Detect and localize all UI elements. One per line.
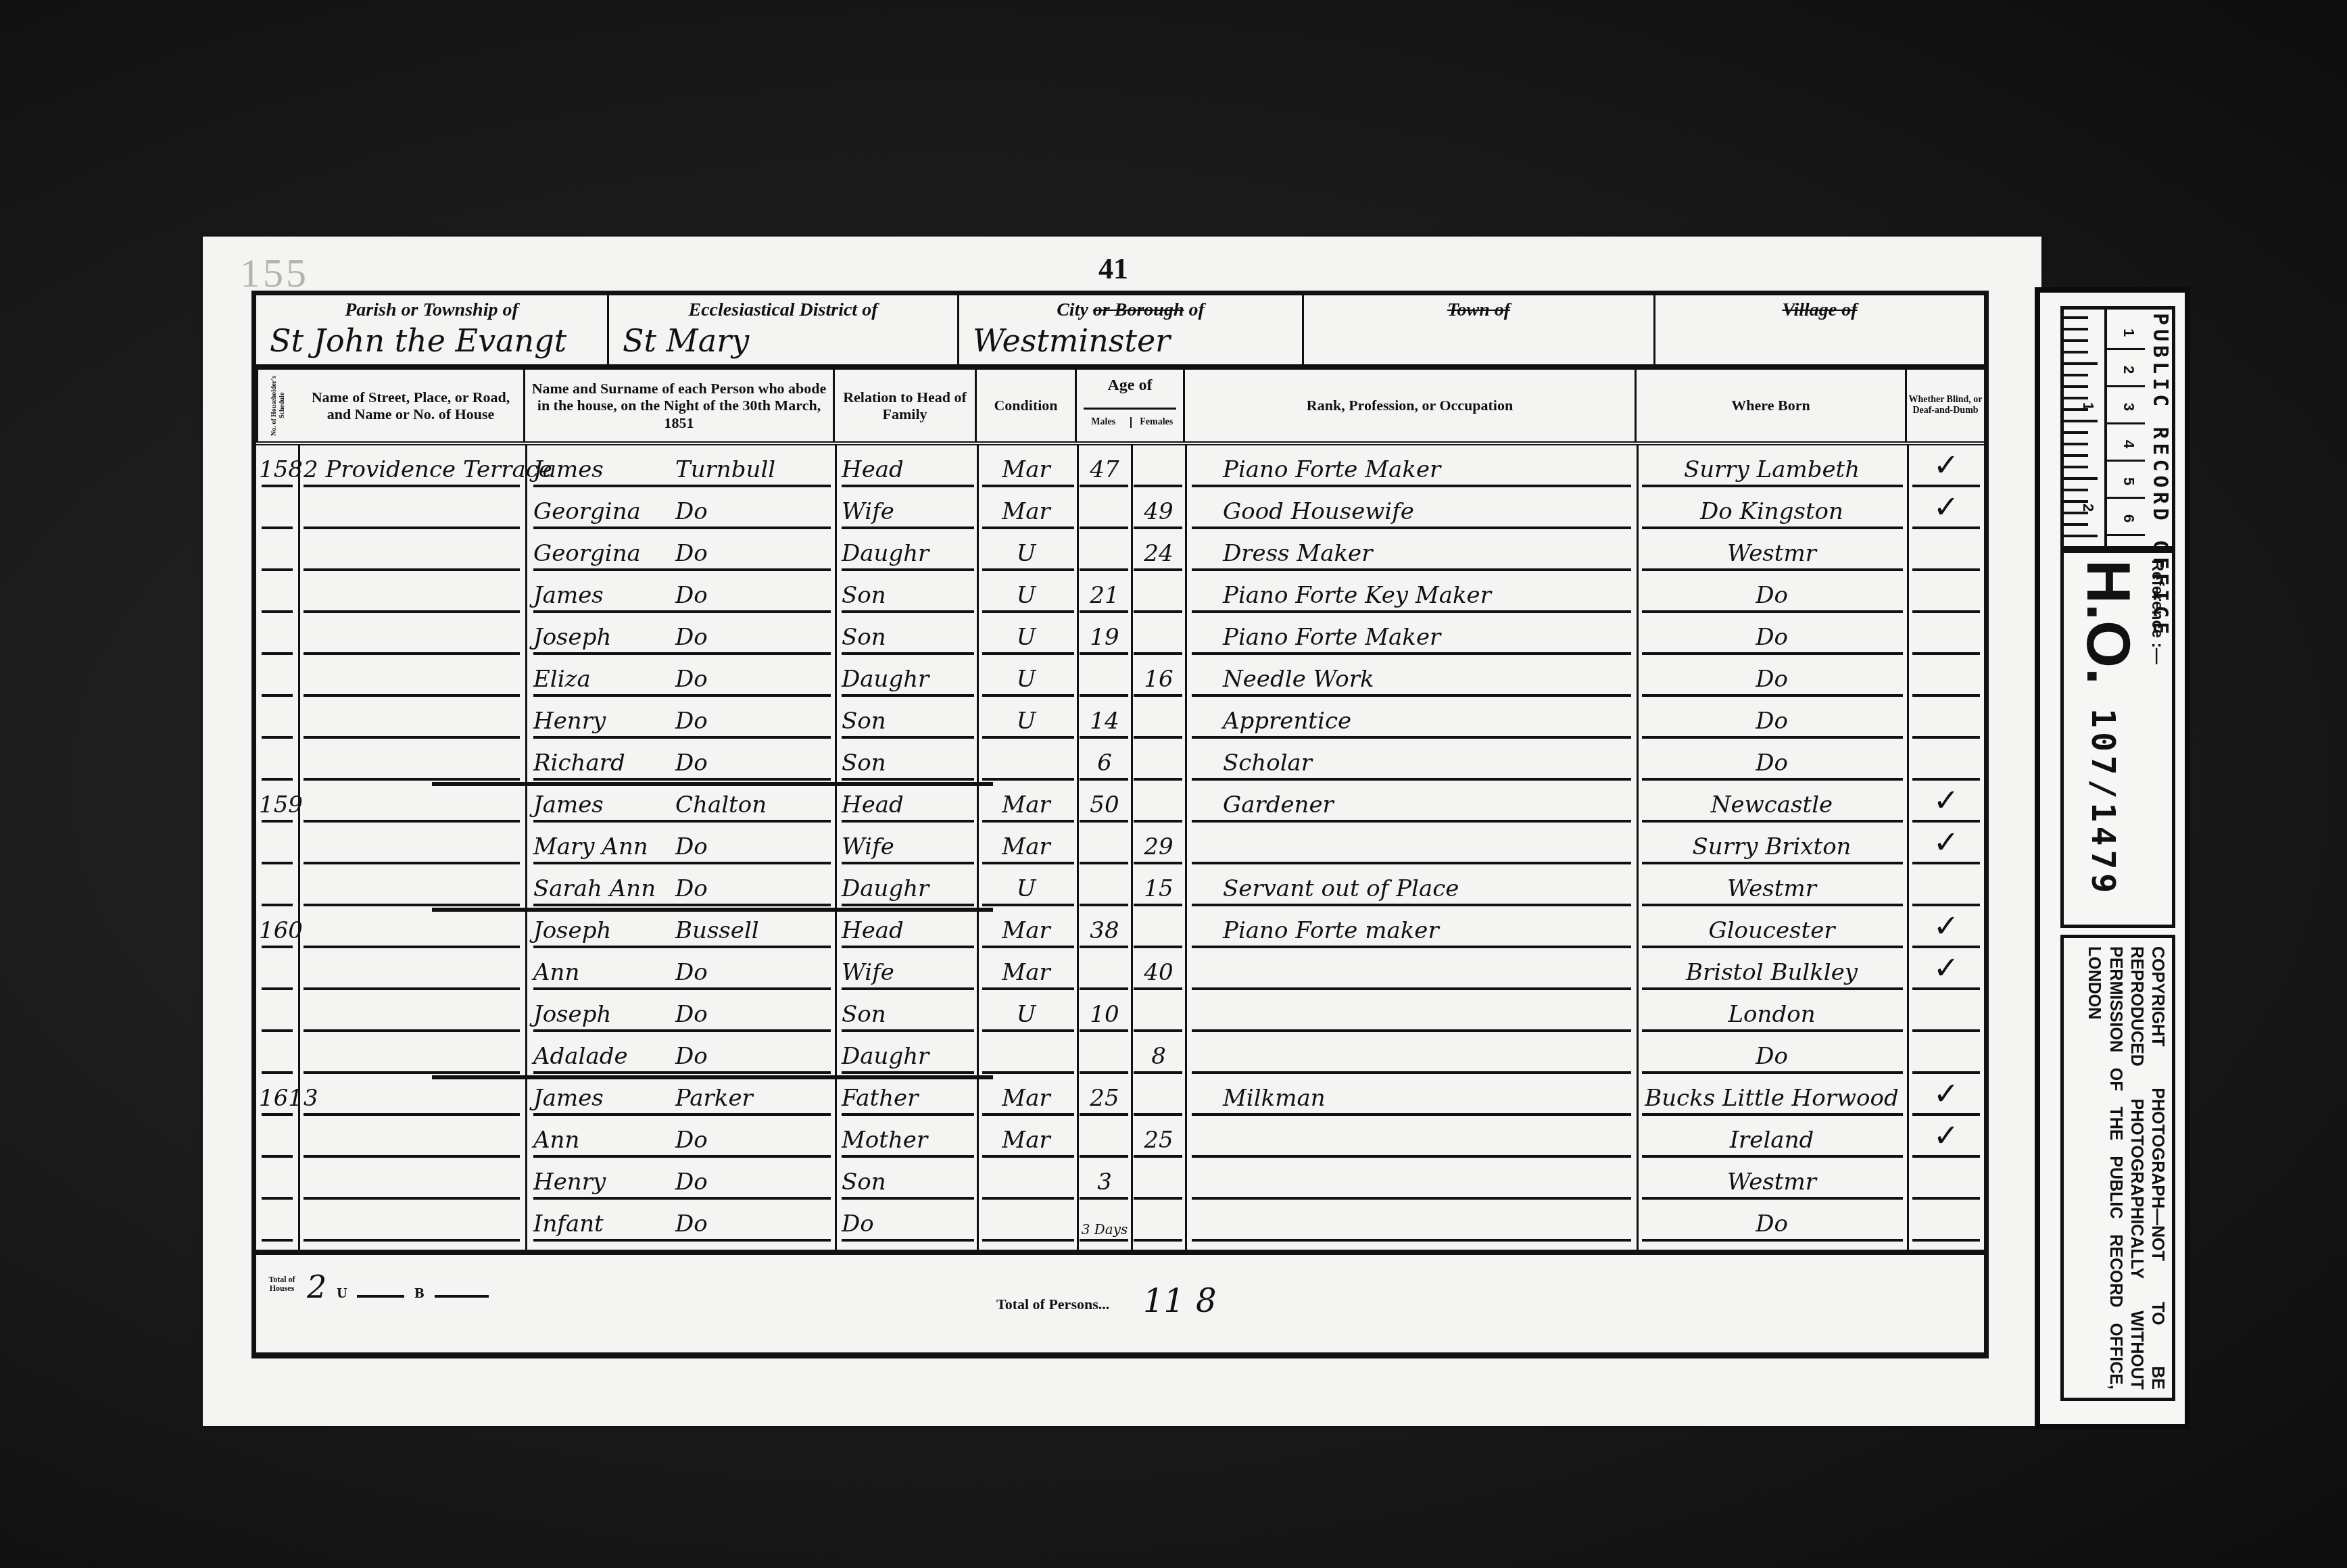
cell-age-f: 24: [1134, 540, 1184, 567]
table-row: ElizaDoDaughrU16Needle WorkDo: [256, 659, 1984, 700]
cell-relation: Son: [842, 750, 970, 777]
archive-label: 12 123456 PUBLIC RECORD OFFICE Reference…: [2035, 287, 2190, 1429]
cell-condition: Mar: [982, 833, 1070, 860]
cell-street: 3: [304, 1085, 520, 1112]
cell-surname: Do: [675, 875, 831, 902]
cell-born: Do Kingston: [1642, 498, 1902, 525]
table-row: GeorginaDoWifeMar49Good HousewifeDo King…: [256, 491, 1984, 532]
cell-born: Do: [1642, 1043, 1902, 1070]
town-cell: Town of: [1304, 295, 1655, 364]
cell-check: ✓: [1912, 1117, 1980, 1154]
cell-relation: Do: [842, 1210, 970, 1238]
city-value: Westminster: [973, 322, 1170, 359]
cell-forename: Georgina: [533, 498, 669, 525]
census-entries: 1582 Providence TerraceJamesTurnbullHead…: [256, 445, 1984, 1250]
table-row: RichardDoSon6ScholarDo: [256, 743, 1984, 783]
cell-condition: U: [982, 540, 1070, 567]
cell-relation: Daughr: [842, 666, 970, 693]
cell-condition: U: [982, 666, 1070, 693]
cell-born: Bristol Bulkley: [1642, 959, 1902, 986]
table-row: JamesDoSonU21Piano Forte Key MakerDo: [256, 575, 1984, 616]
cell-forename: Mary Ann: [533, 833, 669, 860]
cell-age-f: 16: [1134, 666, 1184, 693]
cell-born: Do: [1642, 666, 1902, 693]
village-cell: Village of: [1655, 295, 1984, 364]
cell-born: Westmr: [1642, 875, 1902, 902]
cell-age-m: 6: [1080, 750, 1130, 777]
houses-uninhabited-label: U: [337, 1287, 347, 1301]
totals-row: Total of Houses 2 U B Total of Persons..…: [256, 1250, 1984, 1351]
houses-building-label: B: [414, 1287, 425, 1301]
cell-age-m: 25: [1080, 1085, 1130, 1112]
houses-inhabited: 2: [307, 1269, 326, 1305]
cell-schedule: 158: [259, 456, 297, 483]
age-of-label: Age of: [1077, 376, 1183, 395]
cell-relation: Wife: [842, 498, 970, 525]
cell-relation: Daughr: [842, 875, 970, 902]
cell-check: ✓: [1912, 1075, 1980, 1112]
col-occupation: Rank, Profession, or Occupation: [1185, 370, 1637, 441]
cell-born: Gloucester: [1642, 917, 1902, 944]
ruler-cm-mark: 6: [2120, 514, 2137, 522]
cell-age-m: 10: [1080, 1001, 1130, 1028]
cell-age-m: 21: [1080, 582, 1130, 609]
cell-born: Westmr: [1642, 1169, 1902, 1196]
cell-surname: Do: [675, 666, 831, 693]
folio-number: 41: [1098, 251, 1128, 286]
table-row: Sarah AnnDoDaughrU15Servant out of Place…: [256, 868, 1984, 909]
cell-relation: Mother: [842, 1127, 970, 1154]
table-row: HenryDoSonU14ApprenticeDo: [256, 701, 1984, 741]
cell-occupation: Needle Work: [1196, 666, 1655, 693]
cell-surname: Do: [675, 582, 831, 609]
cell-age-m: 38: [1080, 917, 1130, 944]
cell-check: ✓: [1912, 824, 1980, 860]
cell-occupation: Scholar: [1196, 750, 1655, 777]
of-word: of: [1188, 299, 1204, 320]
cell-occupation: Dress Maker: [1196, 540, 1655, 567]
borough-struck: or Borough: [1093, 299, 1184, 320]
city-label: City or Borough of: [959, 299, 1302, 321]
cell-forename: James: [533, 1085, 669, 1112]
village-struck: Village of: [1782, 299, 1857, 320]
cell-surname: Do: [675, 1210, 831, 1238]
cell-relation: Father: [842, 1085, 970, 1112]
cell-check: ✓: [1912, 489, 1980, 525]
ruler-cm-mark: 3: [2120, 403, 2137, 411]
table-row: AdaladeDoDaughr8Do: [256, 1036, 1984, 1077]
cell-forename: Joseph: [533, 917, 669, 944]
cell-relation: Son: [842, 624, 970, 651]
total-persons-label: Total of Persons...: [996, 1296, 1109, 1313]
cell-forename: James: [533, 791, 669, 818]
ecclesiastical-value: St Mary: [623, 322, 749, 359]
cell-occupation: Piano Forte maker: [1196, 917, 1655, 944]
cell-born: Do: [1642, 708, 1902, 735]
table-row: 159JamesChaltonHeadMar50GardenerNewcastl…: [256, 785, 1984, 825]
ruler-cm-mark: 4: [2120, 440, 2137, 448]
cell-relation: Daughr: [842, 1043, 970, 1070]
city-word: City: [1057, 299, 1088, 320]
cell-occupation: Milkman: [1196, 1085, 1655, 1112]
cell-relation: Son: [842, 582, 970, 609]
col-where-born: Where Born: [1637, 370, 1907, 441]
ruler-cm-mark: 5: [2120, 477, 2137, 485]
cell-age-m: 14: [1080, 708, 1130, 735]
cell-born: Surry Brixton: [1642, 833, 1902, 860]
cell-age-f: 15: [1134, 875, 1184, 902]
cell-relation: Daughr: [842, 540, 970, 567]
cell-forename: James: [533, 456, 669, 483]
cell-born: Bucks Little Horwood: [1642, 1085, 1902, 1112]
parish-value: St John the Evangt: [270, 322, 566, 359]
reference-label: Reference :—: [2148, 560, 2167, 664]
cell-schedule: 160: [259, 917, 297, 944]
total-houses: 2 U B: [307, 1269, 489, 1305]
cell-forename: Henry: [533, 1169, 669, 1196]
table-row: Mary AnnDoWifeMar29Surry Brixton✓: [256, 827, 1984, 867]
cell-relation: Son: [842, 1169, 970, 1196]
cell-check: ✓: [1912, 908, 1980, 944]
cell-forename: Joseph: [533, 624, 669, 651]
col-condition: Condition: [977, 370, 1077, 441]
cell-age-m: 3 Days: [1080, 1221, 1130, 1238]
table-row: AnnDoMotherMar25Ireland✓: [256, 1120, 1984, 1160]
cell-forename: Ann: [533, 1127, 669, 1154]
cell-condition: Mar: [982, 456, 1070, 483]
cell-born: Westmr: [1642, 540, 1902, 567]
table-row: GeorginaDoDaughrU24Dress MakerWestmr: [256, 533, 1984, 574]
table-row: 1613JamesParkerFatherMar25MilkmanBucks L…: [256, 1078, 1984, 1119]
cell-surname: Chalton: [675, 791, 831, 818]
cell-surname: Do: [675, 498, 831, 525]
cell-age-m: 19: [1080, 624, 1130, 651]
cell-age-f: 8: [1134, 1043, 1184, 1070]
reference-box: Reference :— H.O. 107/1479: [2060, 549, 2175, 928]
cell-occupation: Piano Forte Maker: [1196, 624, 1655, 651]
cell-street: 2 Providence Terrace: [304, 456, 520, 483]
cell-condition: U: [982, 1001, 1070, 1028]
cell-check: ✓: [1912, 782, 1980, 818]
cell-relation: Head: [842, 456, 970, 483]
cell-relation: Son: [842, 1001, 970, 1028]
column-headers: No. of Householder's Schedule Name of St…: [256, 370, 1984, 445]
cell-condition: U: [982, 875, 1070, 902]
cell-check: ✓: [1912, 447, 1980, 483]
cell-condition: Mar: [982, 1085, 1070, 1112]
cell-condition: Mar: [982, 791, 1070, 818]
cell-age-m: 47: [1080, 456, 1130, 483]
total-houses-label: Total of Houses: [268, 1275, 295, 1293]
col-name: Name and Surname of each Person who abod…: [525, 370, 835, 441]
table-row: AnnDoWifeMar40Bristol Bulkley✓: [256, 952, 1984, 993]
ecclesiastical-cell: Ecclesiastical District of St Mary: [609, 295, 959, 364]
cell-condition: Mar: [982, 917, 1070, 944]
col-age: Age of Males Females: [1077, 370, 1185, 441]
cell-condition: Mar: [982, 959, 1070, 986]
cell-surname: Bussell: [675, 917, 831, 944]
col-street: Name of Street, Place, or Road, and Name…: [298, 370, 525, 441]
cell-forename: Eliza: [533, 666, 669, 693]
total-females: 8: [1196, 1282, 1217, 1320]
parish-cell: Parish or Township of St John the Evangt: [256, 295, 609, 364]
cell-occupation: Good Housewife: [1196, 498, 1655, 525]
cell-age-f: 29: [1134, 833, 1184, 860]
cell-age-f: 49: [1134, 498, 1184, 525]
ruler-cm-mark: 2: [2120, 366, 2137, 374]
ruler-cm-mark: 1: [2120, 328, 2137, 337]
cell-born: Do: [1642, 582, 1902, 609]
form-header: Parish or Township of St John the Evangt…: [256, 295, 1984, 370]
faint-stamp: 155: [240, 250, 309, 297]
cell-forename: Georgina: [533, 540, 669, 567]
col-relation: Relation to Head of Family: [835, 370, 977, 441]
cell-age-m: 3: [1080, 1169, 1130, 1196]
cell-condition: Mar: [982, 498, 1070, 525]
cell-surname: Do: [675, 708, 831, 735]
cell-surname: Do: [675, 1127, 831, 1154]
cell-surname: Do: [675, 1169, 831, 1196]
cell-relation: Wife: [842, 959, 970, 986]
cell-age-f: 25: [1134, 1127, 1184, 1154]
cell-surname: Parker: [675, 1085, 831, 1112]
cell-relation: Head: [842, 917, 970, 944]
cell-forename: James: [533, 582, 669, 609]
copyright-notice: COPYRIGHT PHOTOGRAPH—NOT TO BE REPRODUCE…: [2060, 935, 2175, 1401]
cell-occupation: Apprentice: [1196, 708, 1655, 735]
village-label: Village of: [1655, 299, 1984, 321]
cell-schedule: 159: [259, 791, 297, 818]
cell-condition: U: [982, 708, 1070, 735]
cell-born: Do: [1642, 750, 1902, 777]
reference-code: H.O.: [2077, 560, 2138, 685]
cell-forename: Infant: [533, 1210, 669, 1238]
cell-surname: Do: [675, 1043, 831, 1070]
cell-forename: Henry: [533, 708, 669, 735]
cell-born: Newcastle: [1642, 791, 1902, 818]
cell-forename: Joseph: [533, 1001, 669, 1028]
parish-label: Parish or Township of: [256, 299, 607, 321]
cell-condition: Mar: [982, 1127, 1070, 1154]
city-cell: City or Borough of Westminster: [959, 295, 1304, 364]
cell-forename: Sarah Ann: [533, 875, 669, 902]
cell-occupation: Gardener: [1196, 791, 1655, 818]
cell-occupation: Servant out of Place: [1196, 875, 1655, 902]
ruler-inch-mark: 1: [2079, 402, 2097, 410]
cell-born: Surry Lambeth: [1642, 456, 1902, 483]
cell-forename: Adalade: [533, 1043, 669, 1070]
cell-condition: U: [982, 624, 1070, 651]
cell-occupation: Piano Forte Maker: [1196, 456, 1655, 483]
cell-relation: Son: [842, 708, 970, 735]
cell-surname: Do: [675, 959, 831, 986]
table-row: 160JosephBussellHeadMar38Piano Forte mak…: [256, 910, 1984, 951]
total-males: 11: [1143, 1282, 1184, 1320]
cell-age-m: 50: [1080, 791, 1130, 818]
cell-born: Ireland: [1642, 1127, 1902, 1154]
females-label: Females: [1130, 417, 1184, 428]
cell-forename: Richard: [533, 750, 669, 777]
cell-surname: Do: [675, 1001, 831, 1028]
cell-condition: U: [982, 582, 1070, 609]
cell-born: Do: [1642, 1210, 1902, 1238]
cell-surname: Turnbull: [675, 456, 831, 483]
cell-check: ✓: [1912, 950, 1980, 986]
table-row: JosephDoSonU10London: [256, 994, 1984, 1035]
cell-relation: Wife: [842, 833, 970, 860]
cell-surname: Do: [675, 750, 831, 777]
cell-relation: Head: [842, 791, 970, 818]
town-label: Town of: [1304, 299, 1653, 321]
table-row: JosephDoSonU19Piano Forte MakerDo: [256, 617, 1984, 658]
cell-occupation: Piano Forte Key Maker: [1196, 582, 1655, 609]
table-row: InfantDoDo3 DaysDo: [256, 1204, 1984, 1244]
cell-surname: Do: [675, 540, 831, 567]
ecclesiastical-label: Ecclesiastical District of: [609, 299, 957, 321]
table-row: HenryDoSon3Westmr: [256, 1162, 1984, 1202]
cell-surname: Do: [675, 624, 831, 651]
col-blind-deaf: Whether Blind, or Deaf-and-Dumb: [1907, 370, 1984, 441]
census-form: Parish or Township of St John the Evangt…: [251, 291, 1989, 1358]
cell-born: Do: [1642, 624, 1902, 651]
cell-forename: Ann: [533, 959, 669, 986]
col-schedule: No. of Householder's Schedule: [256, 370, 298, 441]
town-struck: Town of: [1447, 299, 1510, 320]
cell-born: London: [1642, 1001, 1902, 1028]
males-label: Males: [1077, 417, 1132, 428]
cell-schedule: 161: [259, 1085, 297, 1112]
reference-number: 107/1479: [2084, 708, 2122, 897]
cell-age-f: 40: [1134, 959, 1184, 986]
ruler-inch-mark: 2: [2079, 504, 2097, 512]
table-row: 1582 Providence TerraceJamesTurnbullHead…: [256, 449, 1984, 490]
cell-surname: Do: [675, 833, 831, 860]
